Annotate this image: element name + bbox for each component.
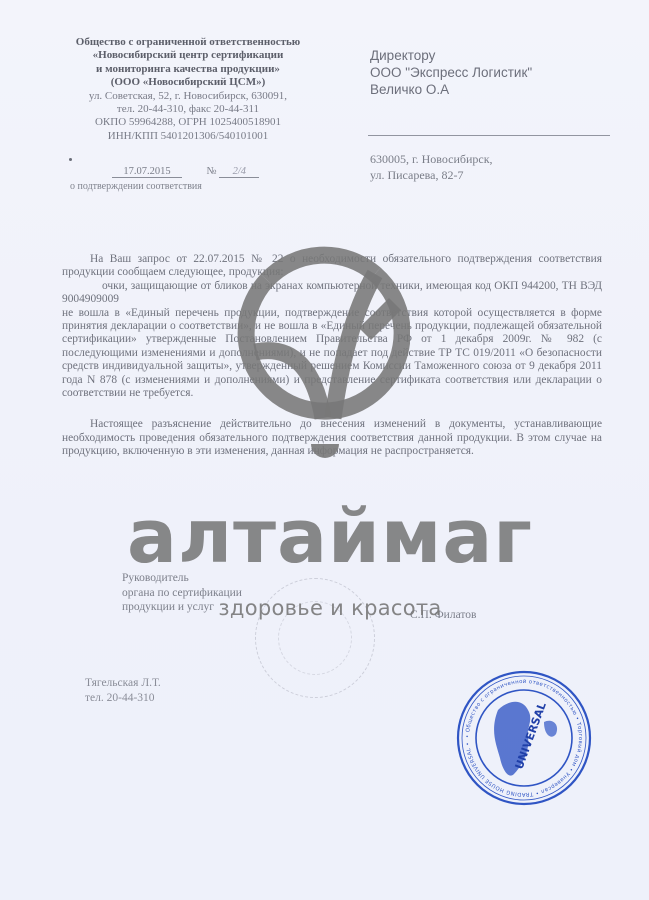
watermark-brand: алтаймаг [95, 497, 565, 577]
outgoing-reference: 17.07.2015 № 2/4 [112, 166, 259, 178]
sender-line: ОКПО 59964288, ОГРН 1025400518901 [40, 116, 336, 129]
bullet-mark [69, 158, 72, 161]
sender-line: ул. Советская, 52, г. Новосибирск, 63009… [40, 90, 336, 103]
blue-company-stamp-icon: • Общество с ограниченной ответственност… [456, 670, 592, 806]
letter-subject: о подтверждении соответствия [70, 181, 202, 192]
body-paragraph-conclusion: не вошла в «Единый перечень продукции, п… [62, 307, 602, 401]
recipient-line: Величко О.А [370, 81, 532, 98]
address-line: 630005, г. Новосибирск, [370, 151, 493, 167]
sender-line: Общество с ограниченной ответственностью [40, 36, 336, 49]
letter-number: 2/4 [219, 166, 259, 178]
recipient-address: 630005, г. Новосибирск, ул. Писарева, 82… [370, 151, 493, 183]
watermark-tagline: здоровье и красота [200, 596, 460, 620]
body-paragraph-intro: На Ваш запрос от 22.07.2015 № 22 о необх… [62, 253, 602, 280]
letter-body: На Ваш запрос от 22.07.2015 № 22 о необх… [62, 253, 602, 459]
recipient-divider [368, 135, 610, 136]
letter-date: 17.07.2015 [112, 166, 182, 178]
recipient-block: Директору ООО "Экспресс Логистик" Величк… [370, 47, 532, 98]
sender-line: тел. 20-44-310, факс 20-44-311 [40, 103, 336, 116]
sender-line: «Новосибирский центр сертификации [40, 49, 336, 62]
executor-phone: тел. 20-44-310 [85, 691, 161, 706]
number-label: № [207, 166, 217, 177]
sender-letterhead: Общество с ограниченной ответственностью… [40, 36, 336, 143]
executor-name: Тягельская Л.Т. [85, 676, 161, 691]
address-line: ул. Писарева, 82-7 [370, 167, 493, 183]
executor-block: Тягельская Л.Т. тел. 20-44-310 [85, 676, 161, 706]
sender-line: ИНН/КПП 5401201306/540101001 [40, 130, 336, 143]
recipient-line: Директору [370, 47, 532, 64]
recipient-line: ООО "Экспресс Логистик" [370, 64, 532, 81]
document-page: Общество с ограниченной ответственностью… [0, 0, 649, 900]
sender-line: и мониторинга качества продукции» [40, 63, 336, 76]
body-paragraph-validity: Настоящее разъяснение действительно до в… [62, 418, 602, 458]
sender-line: (ООО «Новосибирский ЦСМ») [40, 76, 336, 89]
body-paragraph-product: очки, защищающие от бликов на экранах ко… [62, 280, 602, 307]
